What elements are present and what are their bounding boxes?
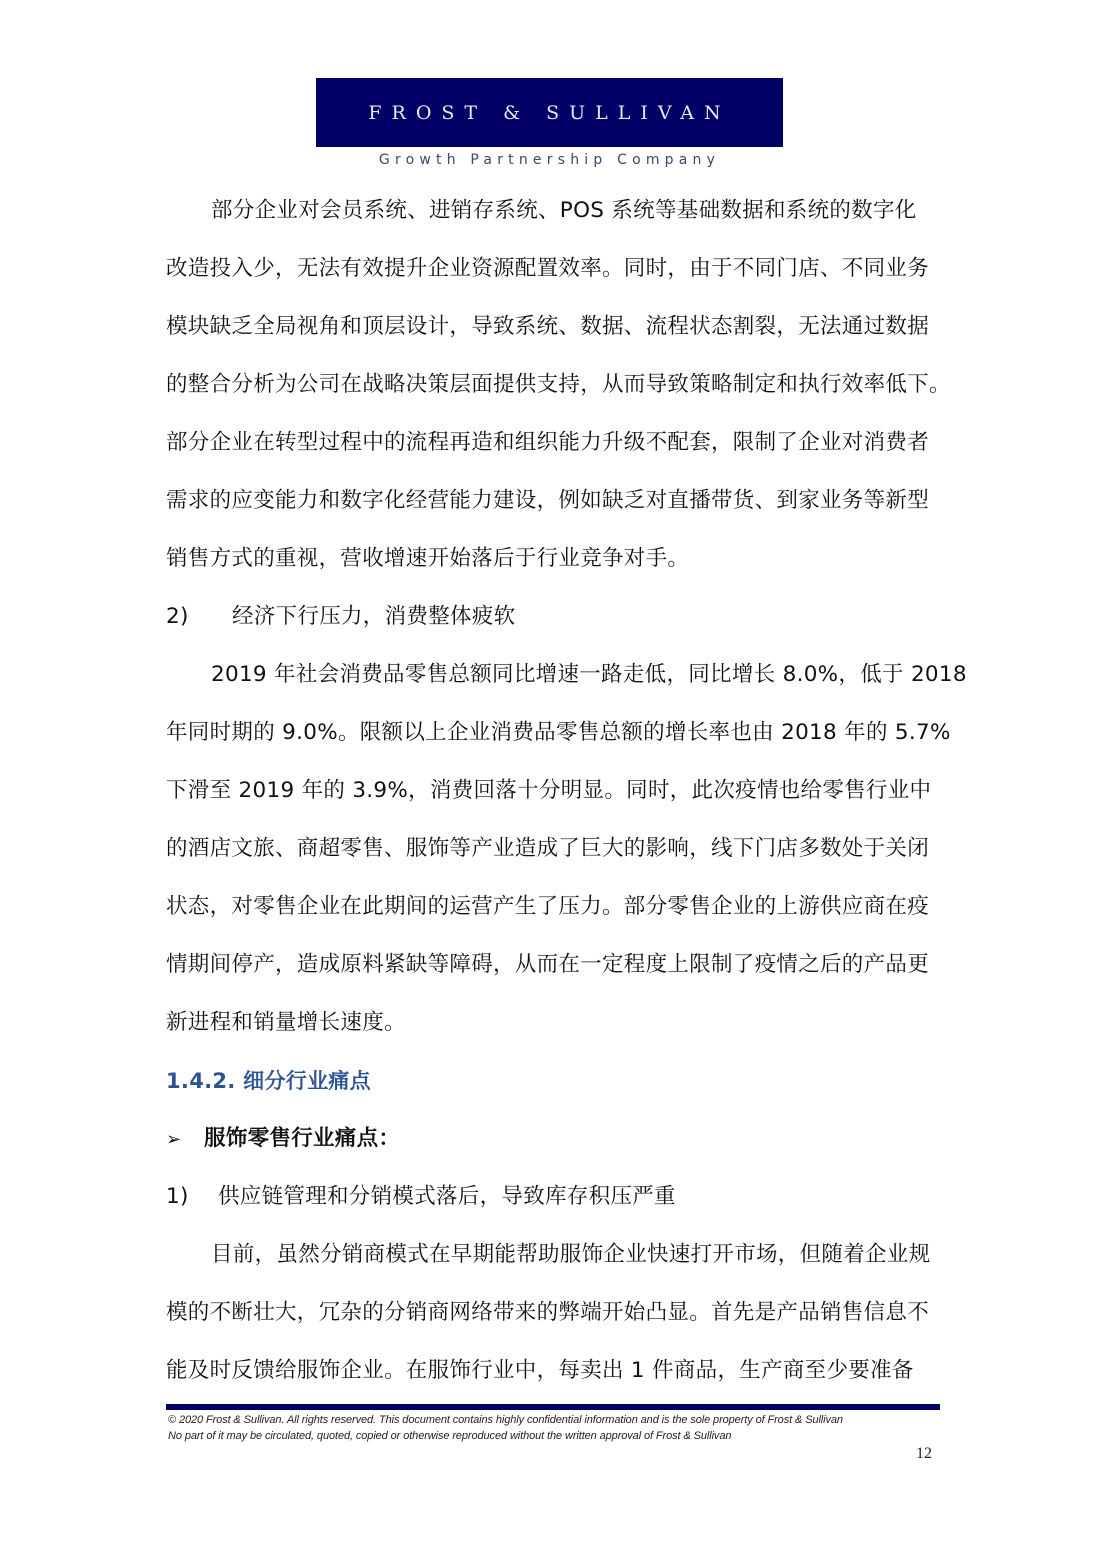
page-number: 12 xyxy=(916,1445,932,1463)
text-line: 改造投入少，无法有效提升企业资源配置效率。同时，由于不同门店、不同业务 xyxy=(166,240,938,298)
paragraph-apparel: 目前，虽然分销商模式在早期能帮助服饰企业快速打开市场，但随着企业规 模的不断壮大… xyxy=(166,1226,938,1400)
text-line: 部分企业在转型过程中的流程再造和组织能力升级不配套，限制了企业对消费者 xyxy=(166,414,938,472)
text-line: 2019 年社会消费品零售总额同比增速一路走低，同比增长 8.0%，低于 201… xyxy=(166,646,938,704)
footer-divider xyxy=(166,1404,940,1410)
text-line: 的酒店文旅、商超零售、服饰等产业造成了巨大的影响，线下门店多数处于关闭 xyxy=(166,820,938,878)
paragraph-digitalization: 部分企业对会员系统、进销存系统、POS 系统等基础数据和系统的数字化 改造投入少… xyxy=(166,182,938,588)
text-line: 部分企业对会员系统、进销存系统、POS 系统等基础数据和系统的数字化 xyxy=(166,182,938,240)
paragraph-economy: 2019 年社会消费品零售总额同比增速一路走低，同比增长 8.0%，低于 201… xyxy=(166,646,938,1052)
item-title: 供应链管理和分销模式落后，导致库存积压严重 xyxy=(218,1184,676,1209)
text-line: 销售方式的重视，营收增速开始落后于行业竞争对手。 xyxy=(166,530,938,588)
arrow-bullet-icon: ➢ xyxy=(166,1111,204,1169)
item-number: 2) xyxy=(166,588,232,646)
logo-tagline: Growth Partnership Company xyxy=(316,152,783,168)
logo-text: FROST & SULLIVAN xyxy=(368,102,730,124)
document-body: 部分企业对会员系统、进销存系统、POS 系统等基础数据和系统的数字化 改造投入少… xyxy=(166,182,938,1400)
bullet-heading-text: 服饰零售行业痛点： xyxy=(204,1126,400,1151)
text-line: 需求的应变能力和数字化经营能力建设，例如缺乏对直播带货、到家业务等新型 xyxy=(166,472,938,530)
numbered-item-1: 1)供应链管理和分销模式落后，导致库存积压严重 xyxy=(166,1168,938,1226)
text-line: 年同时期的 9.0%。限额以上企业消费品零售总额的增长率也由 2018 年的 5… xyxy=(166,704,938,762)
copyright-line-2: No part of it may be circulated, quoted,… xyxy=(168,1428,948,1444)
text-line: 的整合分析为公司在战略决策层面提供支持，从而导致策略制定和执行效率低下。 xyxy=(166,356,938,414)
copyright-line-1: © 2020 Frost & Sullivan. All rights rese… xyxy=(168,1412,948,1428)
text-line: 模的不断壮大，冗杂的分销商网络带来的弊端开始凸显。首先是产品销售信息不 xyxy=(166,1284,938,1342)
text-line: 模块缺乏全局视角和顶层设计，导致系统、数据、流程状态割裂，无法通过数据 xyxy=(166,298,938,356)
footer-copyright: © 2020 Frost & Sullivan. All rights rese… xyxy=(168,1412,948,1444)
text-line: 能及时反馈给服饰企业。在服饰行业中，每卖出 1 件商品，生产商至少要准备 xyxy=(166,1342,938,1400)
company-logo: FROST & SULLIVAN xyxy=(316,78,783,147)
item-number: 1) xyxy=(166,1168,218,1226)
item-title: 经济下行压力，消费整体疲软 xyxy=(232,604,515,629)
text-line: 情期间停产，造成原料紧缺等障碍，从而在一定程度上限制了疫情之后的产品更 xyxy=(166,936,938,994)
bullet-heading: ➢服饰零售行业痛点： xyxy=(166,1110,938,1168)
text-line: 目前，虽然分销商模式在早期能帮助服饰企业快速打开市场，但随着企业规 xyxy=(166,1226,938,1284)
text-line: 状态，对零售企业在此期间的运营产生了压力。部分零售企业的上游供应商在疫 xyxy=(166,878,938,936)
section-heading: 1.4.2. 细分行业痛点 xyxy=(166,1052,938,1110)
text-line: 下滑至 2019 年的 3.9%，消费回落十分明显。同时，此次疫情也给零售行业中 xyxy=(166,762,938,820)
text-line: 新进程和销量增长速度。 xyxy=(166,994,938,1052)
numbered-item-2: 2)经济下行压力，消费整体疲软 xyxy=(166,588,938,646)
